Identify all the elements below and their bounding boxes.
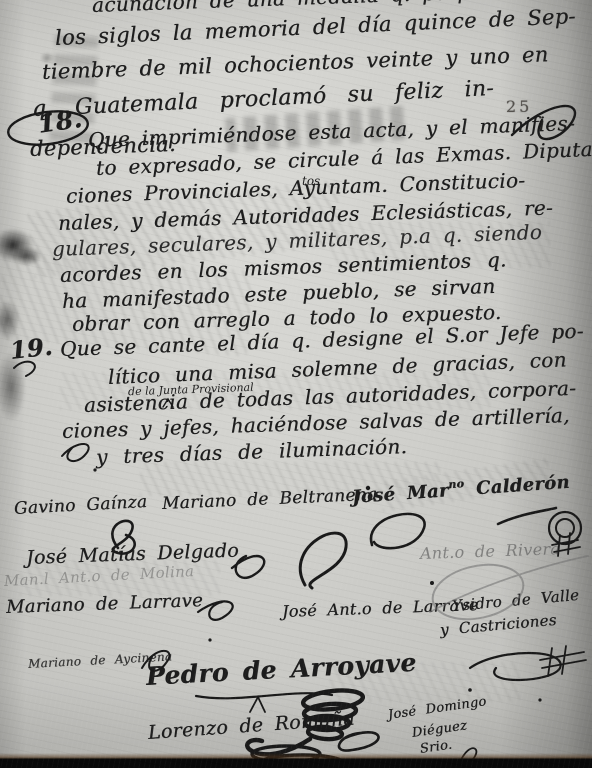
- rubric-calderon-stroke: [498, 508, 556, 524]
- signature-calderon-pre: José Mar: [351, 480, 449, 508]
- rubric-valle: [470, 653, 561, 680]
- rubric-valle-hatch: [540, 646, 586, 676]
- line-flourish: [62, 444, 89, 461]
- ink-blot: [12, 246, 42, 266]
- item-marker-18: 18.: [36, 104, 84, 139]
- signature-jose-antonio-larrave: José Ant.o de Larrave: [282, 595, 479, 621]
- ink-blot: [0, 300, 20, 340]
- rubric-arroyave-underline: [196, 693, 332, 698]
- signature-calderon-post: Calderón: [475, 472, 570, 499]
- item-marker-19: 19.: [8, 332, 53, 365]
- rubric-center-oval: [371, 514, 425, 548]
- signature-mariano-larrave: Mariano de Larrave: [6, 590, 204, 618]
- scan-edge-bar: [0, 759, 592, 768]
- signature-romana: Lorenzo de Romaña: [147, 708, 355, 744]
- signature-valle-line1: Ysidro de Valle: [451, 586, 580, 615]
- signature-gainza: Gavino Gaínza: [13, 492, 147, 519]
- manuscript-scan: acuñación de una medalla q. perpetúe en …: [0, 0, 592, 768]
- signature-arroyave: Pedro de Arroyave: [145, 648, 417, 691]
- signature-dieguez-line1: José Domingo: [387, 694, 488, 723]
- signature-beltranena: Mariano de Beltranena: [162, 485, 378, 514]
- ink-blot: [0, 228, 34, 262]
- signature-dieguez-line2: Diéguez: [411, 718, 468, 741]
- signature-calderon: José Marno Calderón: [351, 470, 570, 508]
- manuscript-line: q. Guatemala proclamó su feliz in-: [31, 76, 494, 122]
- rubric-romana: [339, 732, 379, 750]
- rubric-arroyave-caret: [250, 697, 265, 712]
- signature-rivera: Ant.o de Rivera: [420, 539, 561, 563]
- rubric-calderon-spiral: [556, 519, 574, 537]
- signature-calderon-sup: no: [448, 477, 465, 491]
- signature-valle-line2: y Castriciones: [439, 611, 557, 639]
- rubric-center-large: [300, 533, 346, 588]
